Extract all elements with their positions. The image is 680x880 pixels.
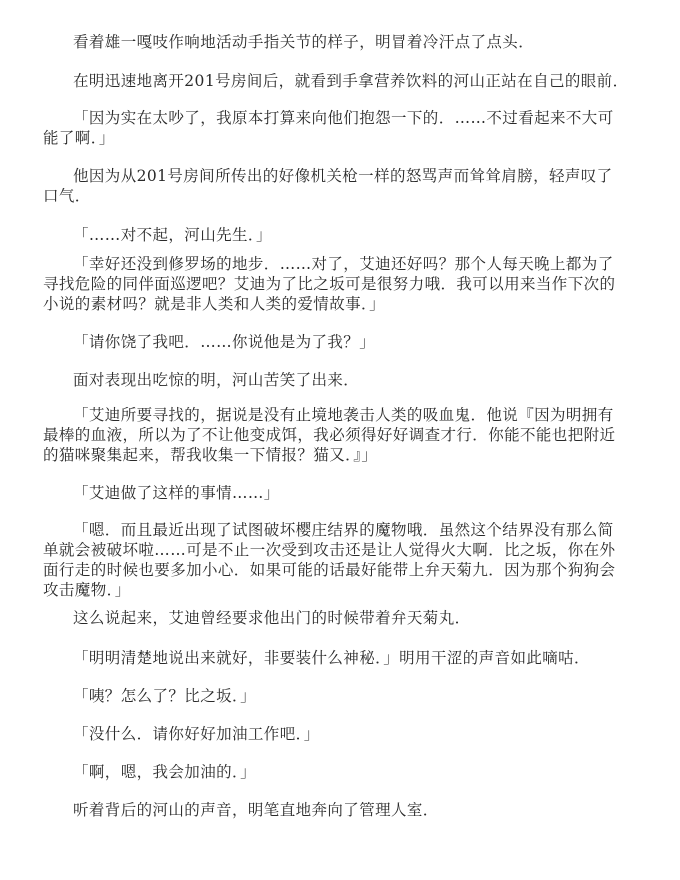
paragraph-4: 他因为从201号房间所传出的好像机关枪一样的怒骂声而耸耸肩膀，轻声叹了口气． <box>43 166 628 206</box>
paragraph-16: 「啊，嗯，我会加油的．」 <box>73 762 658 782</box>
paragraph-14: 「咦？怎么了？比之坂．」 <box>73 686 658 706</box>
paragraph-9: 「艾迪所要寻找的，据说是没有止境地袭击人类的吸血鬼．他说『因为明拥有最棒的血液，… <box>43 405 628 465</box>
paragraph-3: 「因为实在太吵了，我原本打算来向他们抱怨一下的．……不过看起来不大可能了啊．」 <box>43 108 628 148</box>
paragraph-11: 「嗯．而且最近出现了试图破坏樱庄结界的魔物哦．虽然这个结界没有那么简单就会被破坏… <box>43 520 628 600</box>
paragraph-17: 听着背后的河山的声音，明笔直地奔向了管理人室． <box>73 800 658 820</box>
document-page: 看着雄一嘎吱作响地活动手指关节的样子，明冒着冷汗点了点头． 在明迅速地离开201… <box>0 0 680 880</box>
paragraph-15: 「没什么．请你好好加油工作吧．」 <box>73 724 658 744</box>
paragraph-1: 看着雄一嘎吱作响地活动手指关节的样子，明冒着冷汗点了点头． <box>73 32 633 52</box>
paragraph-13: 「明明清楚地说出来就好，非要装什么神秘．」明用干涩的声音如此嘀咕． <box>73 648 653 668</box>
paragraph-2: 在明迅速地离开201号房间后，就看到手拿营养饮料的河山正站在自己的眼前． <box>73 71 643 91</box>
paragraph-7: 「请你饶了我吧．……你说他是为了我？」 <box>73 332 658 352</box>
paragraph-6: 「幸好还没到修罗场的地步．……对了，艾迪还好吗？那个人每天晚上都为了寻找危险的同… <box>43 254 628 314</box>
paragraph-5: 「……对不起，河山先生．」 <box>73 225 658 245</box>
paragraph-10: 「艾迪做了这样的事情……」 <box>73 483 658 503</box>
paragraph-12: 这么说起来，艾迪曾经要求他出门的时候带着弁天菊丸． <box>73 608 658 628</box>
paragraph-8: 面对表现出吃惊的明，河山苦笑了出来． <box>73 370 658 390</box>
